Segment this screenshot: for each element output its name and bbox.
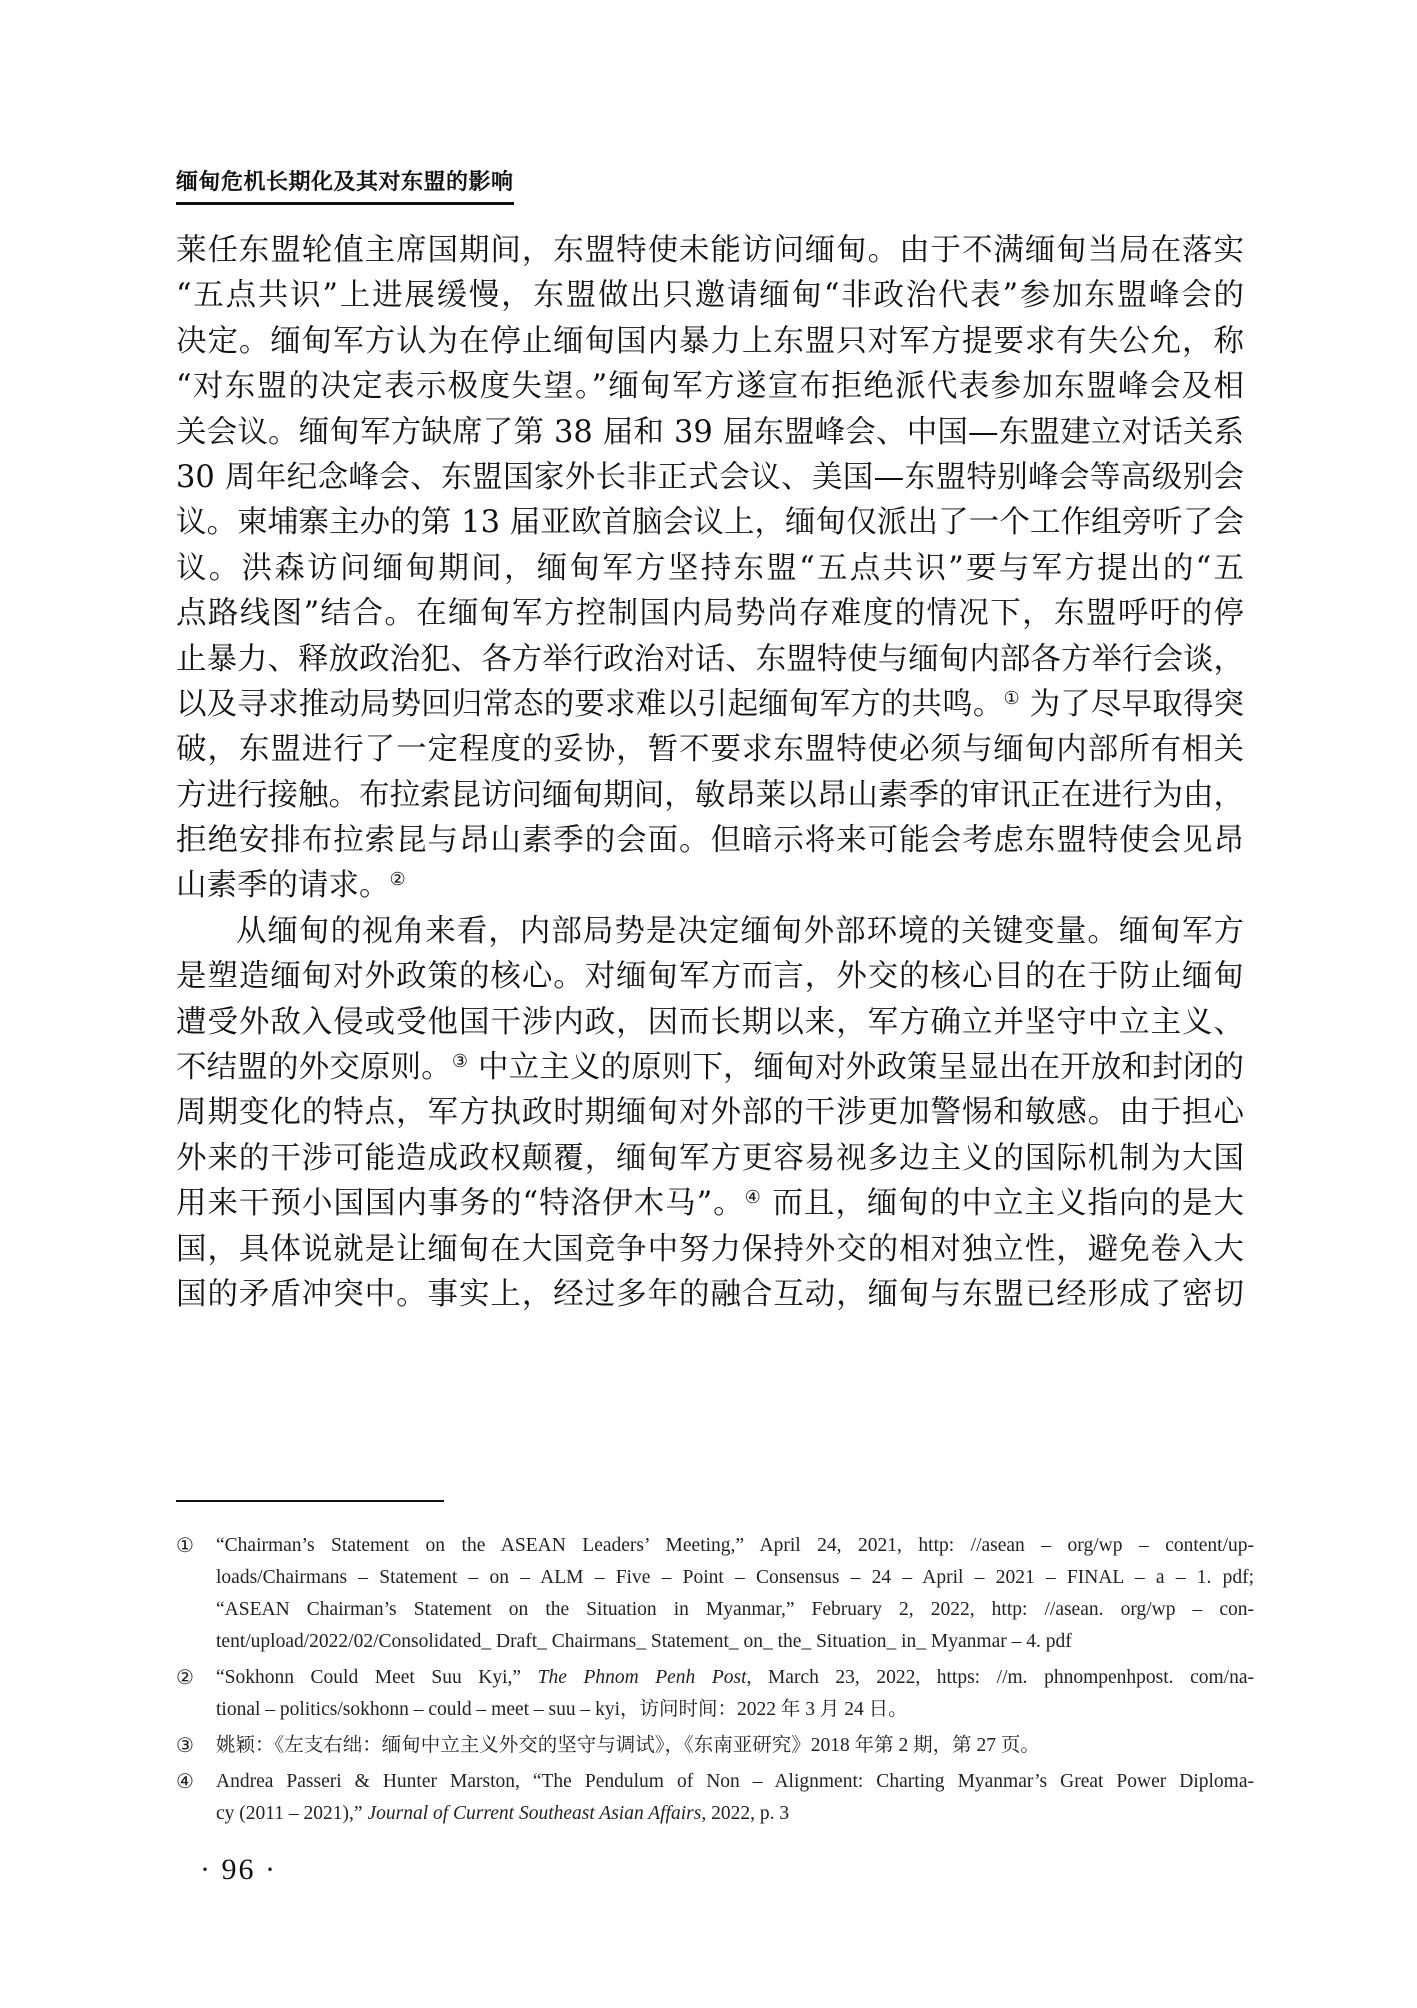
footnote-line: “Sokhonn Could Meet Suu Kyi,” The Phnom …: [216, 1662, 1254, 1694]
footnote-line: Andrea Passeri & Hunter Marston, “The Pe…: [216, 1766, 1254, 1798]
text-segment: 中立主义的原则下，缅甸对外政策呈显出在开放和封闭的: [478, 1050, 1244, 1085]
citation-details: , 2022, p. 3: [701, 1803, 789, 1824]
running-title: 缅甸危机长期化及其对东盟的影响: [176, 168, 514, 205]
text-line: 点路线图”结合。在缅甸军方控制国内局势尚存难度的情况下，东盟呼吁的停: [176, 591, 1244, 636]
text-line: 议。洪森访问缅甸期间，缅甸军方坚持东盟“五点共识”要与军方提出的“五: [176, 546, 1244, 591]
body-text: 莱任东盟轮值主席国期间，东盟特使未能访问缅甸。由于不满缅甸当局在落实 “五点共识…: [176, 228, 1244, 1317]
text-line: 拒绝安排布拉索昆与昂山素季的会面。但暗示将来可能会考虑东盟特使会见昂: [176, 818, 1244, 863]
journal-name: Journal of Current Southeast Asian Affai…: [367, 1803, 701, 1824]
footnote-marker: ②: [176, 1662, 194, 1694]
footnote-marker: ③: [176, 1730, 194, 1762]
text-line: 是塑造缅甸对外政策的核心。对缅甸军方而言，外交的核心目的在于防止缅甸: [176, 954, 1244, 999]
publication-name: The Phnom Penh Post: [538, 1667, 747, 1688]
text-line: 国，具体说就是让缅甸在大国竞争中努力保持外交的相对独立性，避免卷入大: [176, 1227, 1244, 1272]
text-line: 议。柬埔寨主办的第 13 届亚欧首脑会议上，缅甸仅派出了一个工作组旁听了会: [176, 500, 1244, 545]
citation-details: , March 23, 2022, https: //m. phnompenhp…: [747, 1667, 1254, 1688]
footnote-marker: ①: [176, 1530, 194, 1562]
text-segment: 用来干预小国国内事务的“特洛伊木马”。: [176, 1186, 745, 1221]
footnote-4: ④ Andrea Passeri & Hunter Marston, “The …: [176, 1766, 1254, 1830]
text-line: 不结盟的外交原则。③ 中立主义的原则下，缅甸对外政策呈显出在开放和封闭的: [176, 1045, 1244, 1090]
footnote-marker: ④: [176, 1766, 194, 1798]
footnote-line: tent/upload/2022/02/Consolidated_ Draft_…: [216, 1626, 1254, 1658]
citation-title: “Sokhonn Could Meet Suu Kyi,”: [216, 1667, 538, 1688]
text-line: 周期变化的特点，军方执政时期缅甸对外部的干涉更加警惕和敏感。由于担心: [176, 1090, 1244, 1135]
text-line: 破，东盟进行了一定程度的妥协，暂不要求东盟特使必须与缅甸内部所有相关: [176, 727, 1244, 772]
text-line: 30 周年纪念峰会、东盟国家外长非正式会议、美国—东盟特别峰会等高级别会: [176, 455, 1244, 500]
text-line: “对东盟的决定表示极度失望。”缅甸军方遂宣布拒绝派代表参加东盟峰会及相: [176, 364, 1244, 409]
text-segment: 山素季的请求。: [176, 868, 390, 903]
footnote-ref-3[interactable]: ③: [452, 1051, 468, 1072]
footnote-line: loads/Chairmans – Statement – on – ALM –…: [216, 1562, 1254, 1594]
text-line: 方进行接触。布拉索昆访问缅甸期间，敏昂莱以昂山素季的审讯正在进行为由，: [176, 773, 1244, 818]
text-segment: 以及寻求推动局势回归常态的要求难以引起缅甸军方的共鸣。: [176, 687, 1003, 722]
footnote-line: “ASEAN Chairman’s Statement on the Situa…: [216, 1594, 1254, 1626]
text-line: 国的矛盾冲突中。事实上，经过多年的融合互动，缅甸与东盟已经形成了密切: [176, 1272, 1244, 1317]
footnote-line: tional – politics/sokhonn – could – meet…: [216, 1694, 1254, 1726]
text-line: 关会议。缅甸军方缺席了第 38 届和 39 届东盟峰会、中国—东盟建立对话关系: [176, 410, 1244, 455]
paragraph-start-line: 从缅甸的视角来看，内部局势是决定缅甸外部环境的关键变量。缅甸军方: [176, 909, 1244, 954]
text-line: 莱任东盟轮值主席国期间，东盟特使未能访问缅甸。由于不满缅甸当局在落实: [176, 228, 1244, 273]
footnote-2: ② “Sokhonn Could Meet Suu Kyi,” The Phno…: [176, 1662, 1254, 1726]
footnotes: ① “Chairman’s Statement on the ASEAN Lea…: [176, 1530, 1254, 1830]
footnote-ref-4[interactable]: ④: [745, 1187, 762, 1208]
footnote-line: “Chairman’s Statement on the ASEAN Leade…: [216, 1530, 1254, 1562]
text-segment: 不结盟的外交原则。: [176, 1050, 452, 1085]
text-line: 外来的干涉可能造成政权颠覆，缅甸军方更容易视多边主义的国际机制为大国: [176, 1136, 1244, 1181]
text-line: “五点共识”上进展缓慢，东盟做出只邀请缅甸“非政治代表”参加东盟峰会的: [176, 273, 1244, 318]
text-line: 用来干预小国国内事务的“特洛伊木马”。④ 而且，缅甸的中立主义指向的是大: [176, 1181, 1244, 1226]
text-segment: 而且，缅甸的中立主义指向的是大: [773, 1186, 1245, 1221]
text-line: 决定。缅甸军方认为在停止缅甸国内暴力上东盟只对军方提要求有失公允，称: [176, 319, 1244, 364]
footnote-3: ③ 姚颖：《左支右绌：缅甸中立主义外交的坚守与调试》，《东南亚研究》2018 年…: [176, 1730, 1254, 1762]
text-line: 遭受外敌入侵或受他国干涉内政，因而长期以来，军方确立并坚守中立主义、: [176, 1000, 1244, 1045]
footnote-divider: [176, 1500, 444, 1502]
footnote-ref-2[interactable]: ②: [390, 869, 406, 890]
footnote-1: ① “Chairman’s Statement on the ASEAN Lea…: [176, 1530, 1254, 1658]
footnote-line: cy (2011 – 2021),” Journal of Current So…: [216, 1798, 1254, 1830]
page-number: · 96 ·: [200, 1852, 277, 1888]
footnote-ref-1[interactable]: ①: [1003, 688, 1019, 709]
text-line: 以及寻求推动局势回归常态的要求难以引起缅甸军方的共鸣。① 为了尽早取得突: [176, 682, 1244, 727]
text-segment: 为了尽早取得突: [1030, 687, 1244, 722]
footnote-line: 姚颖：《左支右绌：缅甸中立主义外交的坚守与调试》，《东南亚研究》2018 年第 …: [216, 1730, 1254, 1762]
citation-title: cy (2011 – 2021),”: [216, 1803, 367, 1824]
text-line: 止暴力、释放政治犯、各方举行政治对话、东盟特使与缅甸内部各方举行会谈，: [176, 637, 1244, 682]
text-line: 山素季的请求。②: [176, 863, 1244, 908]
